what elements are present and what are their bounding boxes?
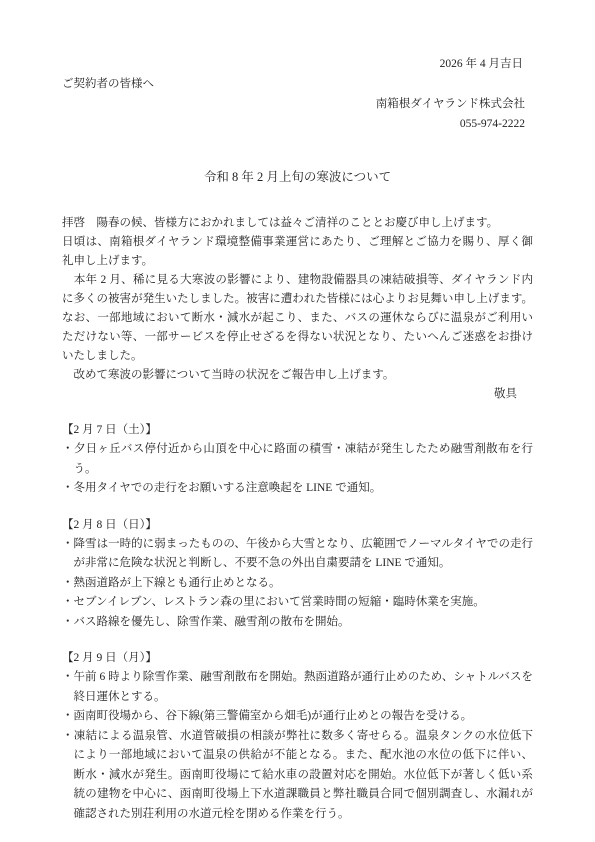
bullet-item: ・降雪は一時的に弱まったものの、午後から大雪となり、広範囲でノーマルタイヤでの走… xyxy=(62,535,533,574)
bullet-item: ・夕日ヶ丘バス停付近から山頂を中心に路面の積雪・凍結が発生したため融雪剤散布を行… xyxy=(62,440,533,479)
bullet-item: ・冬用タイヤでの走行をお願いする注意喚起を LINE で通知。 xyxy=(62,479,533,499)
sender-company: 南箱根ダイヤランド株式会社 xyxy=(62,94,533,114)
opening-paragraph-2: 日頃は、南箱根ダイヤランド環境整備事業運営にあたり、ご理解とご協力を賜り、厚く御… xyxy=(62,233,533,271)
opening-paragraph-3: 本年 2 月、稀に見る大寒波の影響により、建物設備器具の凍結破損等、ダイヤランド… xyxy=(62,271,533,366)
closing-word: 敬具 xyxy=(62,385,533,404)
section-feb7-heading: 【2 月 7 日（土）】 xyxy=(62,420,533,440)
section-feb7: 【2 月 7 日（土）】 ・夕日ヶ丘バス停付近から山頂を中心に路面の積雪・凍結が… xyxy=(62,420,533,499)
letter-page: 2026 年 4 月吉日 ご契約者の皆様へ 南箱根ダイヤランド株式会社 055-… xyxy=(0,0,595,842)
bullet-item: ・凍結による温泉管、水道管破損の相談が弊社に数多く寄せらる。温泉タンクの水位低下… xyxy=(62,727,533,825)
bullet-item: ・函南町役場から、谷下線(第三警備室から畑毛)が通行止めとの報告を受ける。 xyxy=(62,707,533,727)
bullet-item: ・熱函道路が上下線とも通行止めとなる。 xyxy=(62,574,533,594)
sender-phone: 055-974-2222 xyxy=(62,114,533,134)
opening-paragraph-4: 改めて寒波の影響について当時の状況をご報告申し上げます。 xyxy=(62,366,533,385)
section-feb8: 【2 月 8 日（日）】 ・降雪は一時的に弱まったものの、午後から大雪となり、広… xyxy=(62,515,533,633)
letter-title: 令和 8 年 2 月上旬の寒波について xyxy=(62,167,533,187)
opening-block: 拝啓 陽春の候、皆様方におかれましては益々ご清祥のこととお慶び申し上げます。 日… xyxy=(62,214,533,385)
recipient-line: ご契約者の皆様へ xyxy=(62,74,533,94)
section-feb8-heading: 【2 月 8 日（日）】 xyxy=(62,515,533,535)
letter-date: 2026 年 4 月吉日 xyxy=(62,54,533,74)
bullet-item: ・バス路線を優先し、除雪作業、融雪剤の散布を開始。 xyxy=(62,613,533,633)
opening-paragraph-1: 拝啓 陽春の候、皆様方におかれましては益々ご清祥のこととお慶び申し上げます。 xyxy=(62,214,533,233)
section-feb9-heading: 【2 月 9 日（月）】 xyxy=(62,648,533,668)
section-feb9: 【2 月 9 日（月）】 ・午前 6 時より除雪作業、融雪剤散布を開始。熱函道路… xyxy=(62,648,533,824)
bullet-item: ・午前 6 時より除雪作業、融雪剤散布を開始。熱函道路が通行止めのため、シャトル… xyxy=(62,668,533,707)
bullet-item: ・セブンイレブン、レストラン森の里において営業時間の短縮・臨時休業を実施。 xyxy=(62,593,533,613)
